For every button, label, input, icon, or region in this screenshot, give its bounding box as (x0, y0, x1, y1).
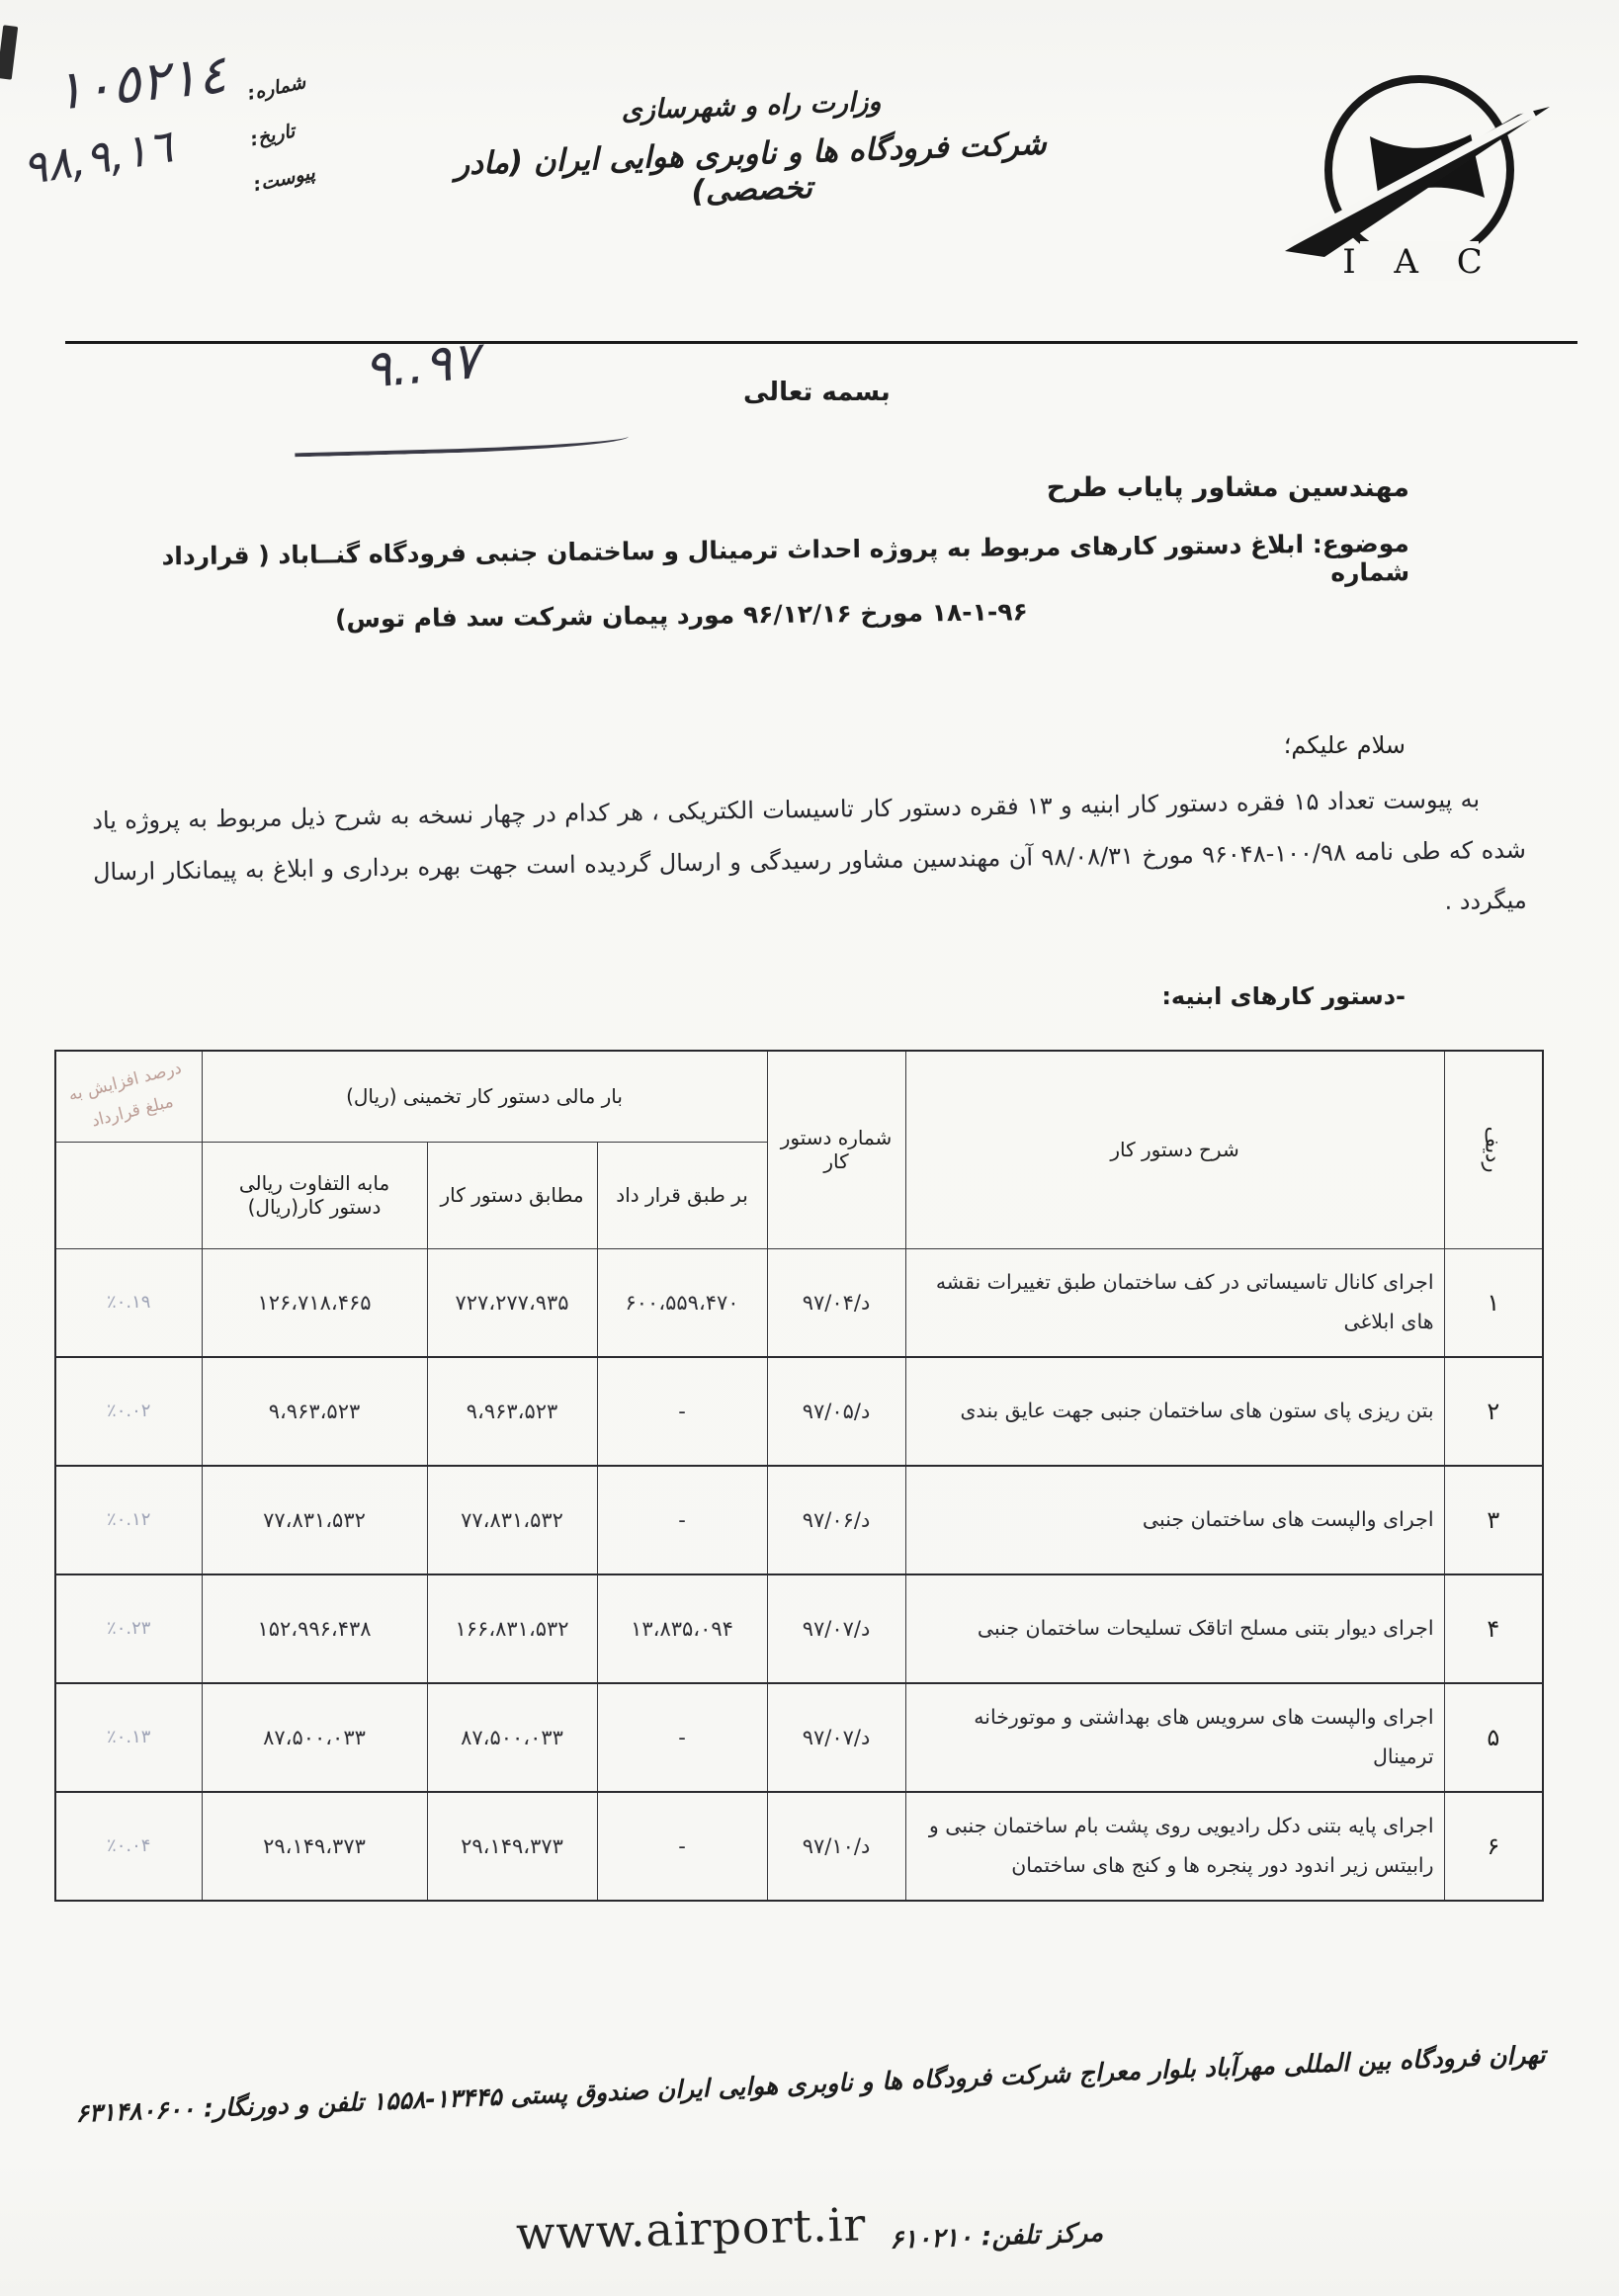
row-number-header: ردیف (1444, 1051, 1543, 1248)
work-orders-table: ردیف شرح دستور کار شماره دستور کار بار م… (54, 1050, 1544, 1902)
scanned-letter-page: { "letterhead": { "ministry": "وزارت راه… (0, 0, 1619, 2296)
difference-cell: ۲۹،۱۴۹،۳۷۳ (202, 1792, 427, 1901)
per-order-cell: ۲۹،۱۴۹،۳۷۳ (427, 1792, 597, 1901)
table-row: ۶اجرای پایه بتنی دکل رادیویی روی پشت بام… (55, 1792, 1543, 1901)
order-number-header: شماره دستور کار (767, 1051, 905, 1248)
desc-cell: اجرای پایه بتنی دکل رادیویی روی پشت بام … (905, 1792, 1444, 1901)
percent-cell: ٪۰.۰۲ (55, 1357, 202, 1466)
per-order-header: مطابق دستور کار (427, 1142, 597, 1248)
per-order-cell: ۱۶۶،۸۳۱،۵۳۲ (427, 1574, 597, 1683)
company-name: شرکت فرودگاه ها و ناوبری هوایی ایران (ما… (394, 124, 1108, 219)
attachment-field-label: پیوست: (251, 162, 316, 197)
ministry-name: وزارت راه و شهرسازی (425, 79, 1078, 132)
difference-cell: ۱۲۶،۷۱۸،۴۶۵ (202, 1248, 427, 1357)
table-row: ۱اجرای کانال تاسیساتی در کف ساختمان طبق … (55, 1248, 1543, 1357)
order-no-cell: ۹۷/د/۱۰ (767, 1792, 905, 1901)
per-contract-cell: - (597, 1466, 767, 1574)
no-cell: ۲ (1444, 1357, 1543, 1466)
desc-cell: اجرای والپست های ساختمان جنبی (905, 1466, 1444, 1574)
footer-contact-line: مرکز تلفن: ۶۱۰۲۱۰ www.airport.ir (0, 2202, 1619, 2255)
percent-cell: ٪۰.۲۳ (55, 1574, 202, 1683)
order-no-cell: ۹۷/د/۰۴ (767, 1248, 905, 1357)
no-cell: ۳ (1444, 1466, 1543, 1574)
per-order-cell: ۷۲۷،۲۷۷،۹۳۵ (427, 1248, 597, 1357)
handwritten-letter-date: ٩٨,٩,١٦ (19, 119, 176, 195)
footer-address-line: تهران فرودگاه بین المللی مهرآباد بلوار م… (69, 2034, 1552, 2136)
percent-cell: ٪۰.۱۲ (55, 1466, 202, 1574)
besmele-text: بسمه تعالی (743, 378, 891, 407)
per-order-cell: ۸۷،۵۰۰،۰۳۳ (427, 1683, 597, 1792)
number-field-label: شماره: (245, 71, 307, 105)
desc-cell: اجرای والپست های سرویس های بهداشتی و موت… (905, 1683, 1444, 1792)
per-order-cell: ۹،۹۶۳،۵۲۳ (427, 1357, 597, 1466)
per-contract-cell: ۱۳،۸۳۵،۰۹۴ (597, 1574, 767, 1683)
table-row: ۵اجرای والپست های سرویس های بهداشتی و مو… (55, 1683, 1543, 1792)
per-order-cell: ۷۷،۸۳۱،۵۳۲ (427, 1466, 597, 1574)
date-field-label: تاریخ: (248, 121, 297, 151)
subject-line-1: موضوع: ابلاغ دستور کارهای مربوط به پروژه… (99, 529, 1410, 600)
no-cell: ۶ (1444, 1792, 1543, 1901)
no-cell: ۵ (1444, 1683, 1543, 1792)
per-contract-cell: - (597, 1357, 767, 1466)
table-row: ۲بتن ریزی پای ستون های ساختمان جنبی جهت … (55, 1357, 1543, 1466)
iac-airline-logo-icon: I A C (1285, 57, 1554, 289)
order-no-cell: ۹۷/د/۰۵ (767, 1357, 905, 1466)
percent-increase-header-empty (55, 1142, 202, 1248)
letter-body-paragraph: به پیوست تعداد ۱۵ فقره دستور کار ابنیه و… (92, 774, 1527, 950)
order-no-cell: ۹۷/د/۰۶ (767, 1466, 905, 1574)
no-cell: ۱ (1444, 1248, 1543, 1357)
difference-cell: ۹،۹۶۳،۵۲۳ (202, 1357, 427, 1466)
percent-increase-header: درصد افزایش به مبلغ قرارداد (55, 1051, 202, 1142)
no-cell: ۴ (1444, 1574, 1543, 1683)
phone-center-text: مرکز تلفن: ۶۱۰۲۱۰ (889, 2218, 1103, 2255)
order-no-cell: ۹۷/د/۰۷ (767, 1574, 905, 1683)
percent-cell: ٪۰.۰۴ (55, 1792, 202, 1901)
header-divider (65, 341, 1577, 344)
desc-cell: اجرای دیوار بتنی مسلح اتاقک تسلیحات ساخت… (905, 1574, 1444, 1683)
table-row: ۴اجرای دیوار بتنی مسلح اتاقک تسلیحات ساخ… (55, 1574, 1543, 1683)
percent-cell: ٪۰.۱۳ (55, 1683, 202, 1792)
difference-cell: ۷۷،۸۳۱،۵۳۲ (202, 1466, 427, 1574)
description-header: شرح دستور کار (905, 1051, 1444, 1248)
subject-line-2: ۱۸-۱-۹۶ مورخ ۹۶/۱۲/۱۶ مورد پیمان شرکت سد… (335, 597, 1028, 633)
addressee-name: مهندسین مشاور پایاب طرح (1047, 472, 1409, 503)
per-contract-cell: ۶۰۰،۵۵۹،۴۷۰ (597, 1248, 767, 1357)
difference-cell: ۱۵۲،۹۹۶،۴۳۸ (202, 1574, 427, 1683)
difference-cell: ۸۷،۵۰۰،۰۳۳ (202, 1683, 427, 1792)
table-header-row-1: ردیف شرح دستور کار شماره دستور کار بار م… (55, 1051, 1543, 1142)
website-url: www.airport.ir (516, 2197, 868, 2259)
percent-cell: ٪۰.۱۹ (55, 1248, 202, 1357)
scan-corner-mark (0, 25, 18, 79)
handwritten-underline (295, 433, 629, 458)
rial-difference-header: مابه التفاوت ریالی دستور کار(ریال) (202, 1142, 427, 1248)
order-no-cell: ۹۷/د/۰۷ (767, 1683, 905, 1792)
table-caption: -دستور کارهای ابنیه: (1161, 982, 1406, 1010)
handwritten-ref-number: ٩٧..٩ (362, 331, 482, 400)
logo-letters: I A C (1342, 242, 1496, 282)
desc-cell: اجرای کانال تاسیساتی در کف ساختمان طبق ت… (905, 1248, 1444, 1357)
per-contract-header: بر طبق قرار داد (597, 1142, 767, 1248)
financial-group-header: بار مالی دستور کار تخمینی (ریال) (202, 1051, 767, 1142)
table-row: ۳اجرای والپست های ساختمان جنبی۹۷/د/۰۶-۷۷… (55, 1466, 1543, 1574)
handwritten-letter-number: ١٠٥٢١٤ (51, 43, 229, 123)
per-contract-cell: - (597, 1792, 767, 1901)
desc-cell: بتن ریزی پای ستون های ساختمان جنبی جهت ع… (905, 1357, 1444, 1466)
salutation-text: سلام علیکم؛ (1284, 731, 1406, 759)
per-contract-cell: - (597, 1683, 767, 1792)
